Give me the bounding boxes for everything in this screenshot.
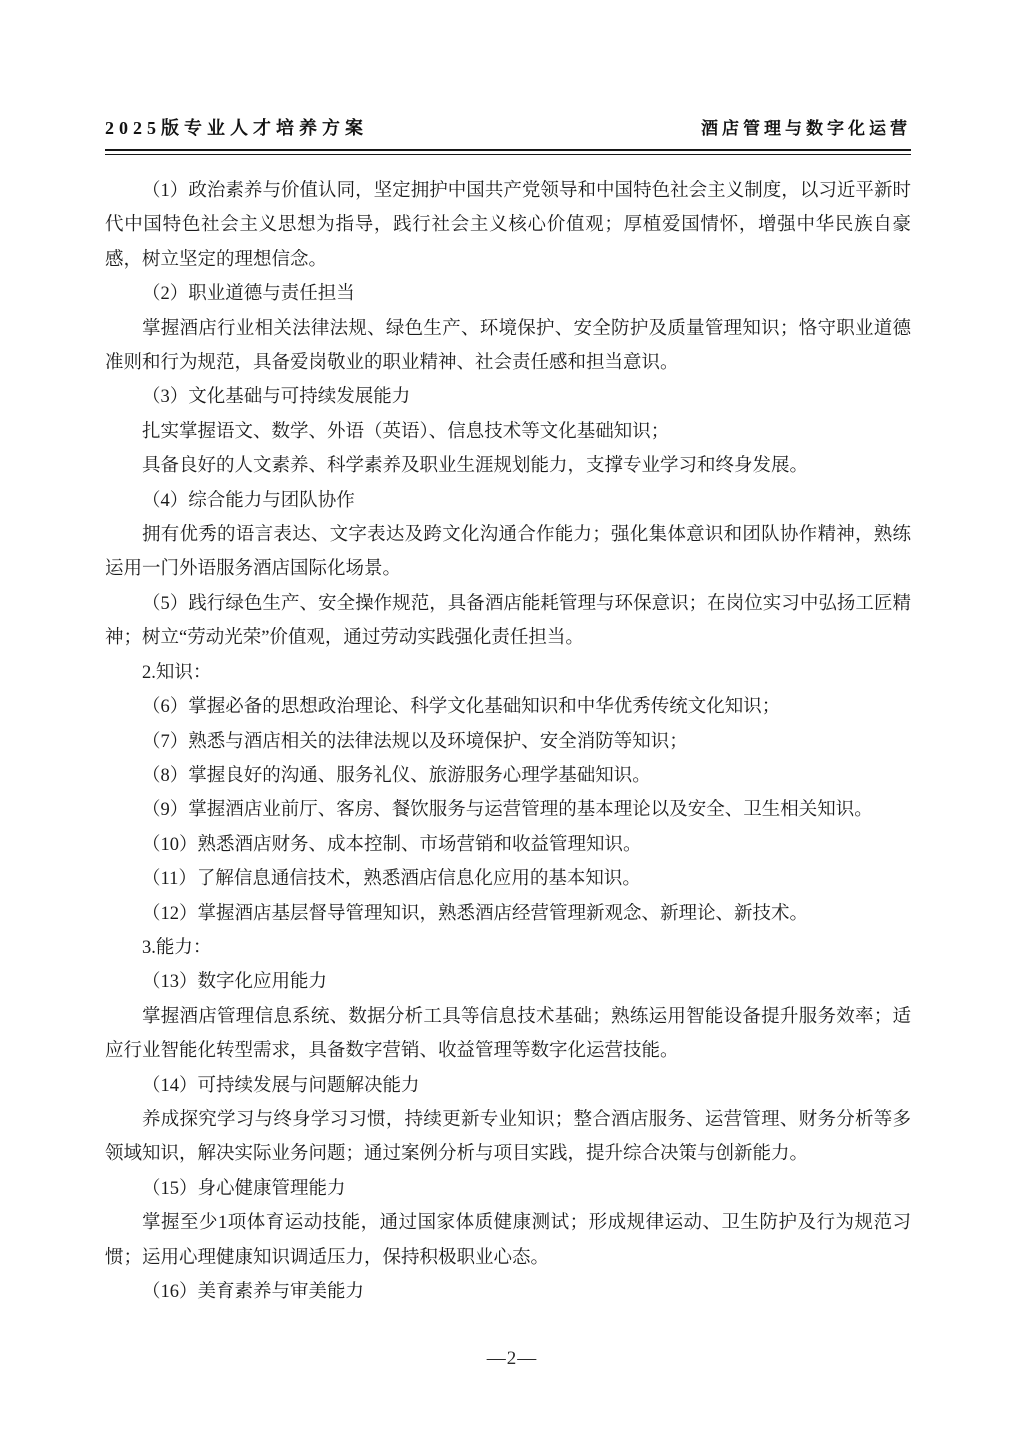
paragraph: 掌握至少1项体育运动技能，通过国家体质健康测试；形成规律运动、卫生防护及行为规范…	[105, 1206, 911, 1275]
paragraph: （6）掌握必备的思想政治理论、科学文化基础知识和中华优秀传统文化知识；	[105, 690, 911, 724]
paragraph: 掌握酒店管理信息系统、数据分析工具等信息技术基础；熟练运用智能设备提升服务效率；…	[105, 1000, 911, 1069]
paragraph: 养成探究学习与终身学习习惯，持续更新专业知识；整合酒店服务、运营管理、财务分析等…	[105, 1103, 911, 1172]
paragraph: （8）掌握良好的沟通、服务礼仪、旅游服务心理学基础知识。	[105, 759, 911, 793]
header-right-title: 酒店管理与数字化运营	[701, 114, 911, 139]
page-footer: —2—	[0, 1348, 1024, 1370]
document-page: 2025版专业人才培养方案 酒店管理与数字化运营 （1）政治素养与价值认同，坚定…	[0, 0, 1024, 1448]
paragraph: 掌握酒店行业相关法律法规、绿色生产、环境保护、安全防护及质量管理知识；恪守职业道…	[105, 312, 911, 381]
header-double-rule	[105, 149, 911, 155]
paragraph: （9）掌握酒店业前厅、客房、餐饮服务与运营管理的基本理论以及安全、卫生相关知识。	[105, 793, 911, 827]
paragraph: （15）身心健康管理能力	[105, 1172, 911, 1206]
paragraph: （11）了解信息通信技术，熟悉酒店信息化应用的基本知识。	[105, 862, 911, 896]
paragraph: （2）职业道德与责任担当	[105, 277, 911, 311]
paragraph: （3）文化基础与可持续发展能力	[105, 380, 911, 414]
paragraph: （13）数字化应用能力	[105, 965, 911, 999]
paragraph: 拥有优秀的语言表达、文字表达及跨文化沟通合作能力；强化集体意识和团队协作精神，熟…	[105, 518, 911, 587]
paragraph: （1）政治素养与价值认同，坚定拥护中国共产党领导和中国特色社会主义制度，以习近平…	[105, 174, 911, 277]
page-header: 2025版专业人才培养方案 酒店管理与数字化运营	[105, 114, 911, 140]
paragraph: 扎实掌握语文、数学、外语（英语）、信息技术等文化基础知识；	[105, 415, 911, 449]
paragraph: （16）美育素养与审美能力	[105, 1275, 911, 1309]
paragraph: （4）综合能力与团队协作	[105, 484, 911, 518]
paragraph: （7）熟悉与酒店相关的法律法规以及环境保护、安全消防等知识；	[105, 725, 911, 759]
header-left-title: 2025版专业人才培养方案	[105, 114, 368, 140]
paragraph: （12）掌握酒店基层督导管理知识，熟悉酒店经营管理新观念、新理论、新技术。	[105, 897, 911, 931]
paragraph: （10）熟悉酒店财务、成本控制、市场营销和收益管理知识。	[105, 828, 911, 862]
paragraph: 具备良好的人文素养、科学素养及职业生涯规划能力，支撑专业学习和终身发展。	[105, 449, 911, 483]
paragraph: （5）践行绿色生产、安全操作规范，具备酒店能耗管理与环保意识；在岗位实习中弘扬工…	[105, 587, 911, 656]
page-number: —2—	[487, 1348, 538, 1369]
paragraph: （14）可持续发展与问题解决能力	[105, 1069, 911, 1103]
paragraph: 3.能力：	[105, 931, 911, 965]
paragraph: 2.知识：	[105, 656, 911, 690]
document-body: （1）政治素养与价值认同，坚定拥护中国共产党领导和中国特色社会主义制度，以习近平…	[105, 174, 911, 1309]
